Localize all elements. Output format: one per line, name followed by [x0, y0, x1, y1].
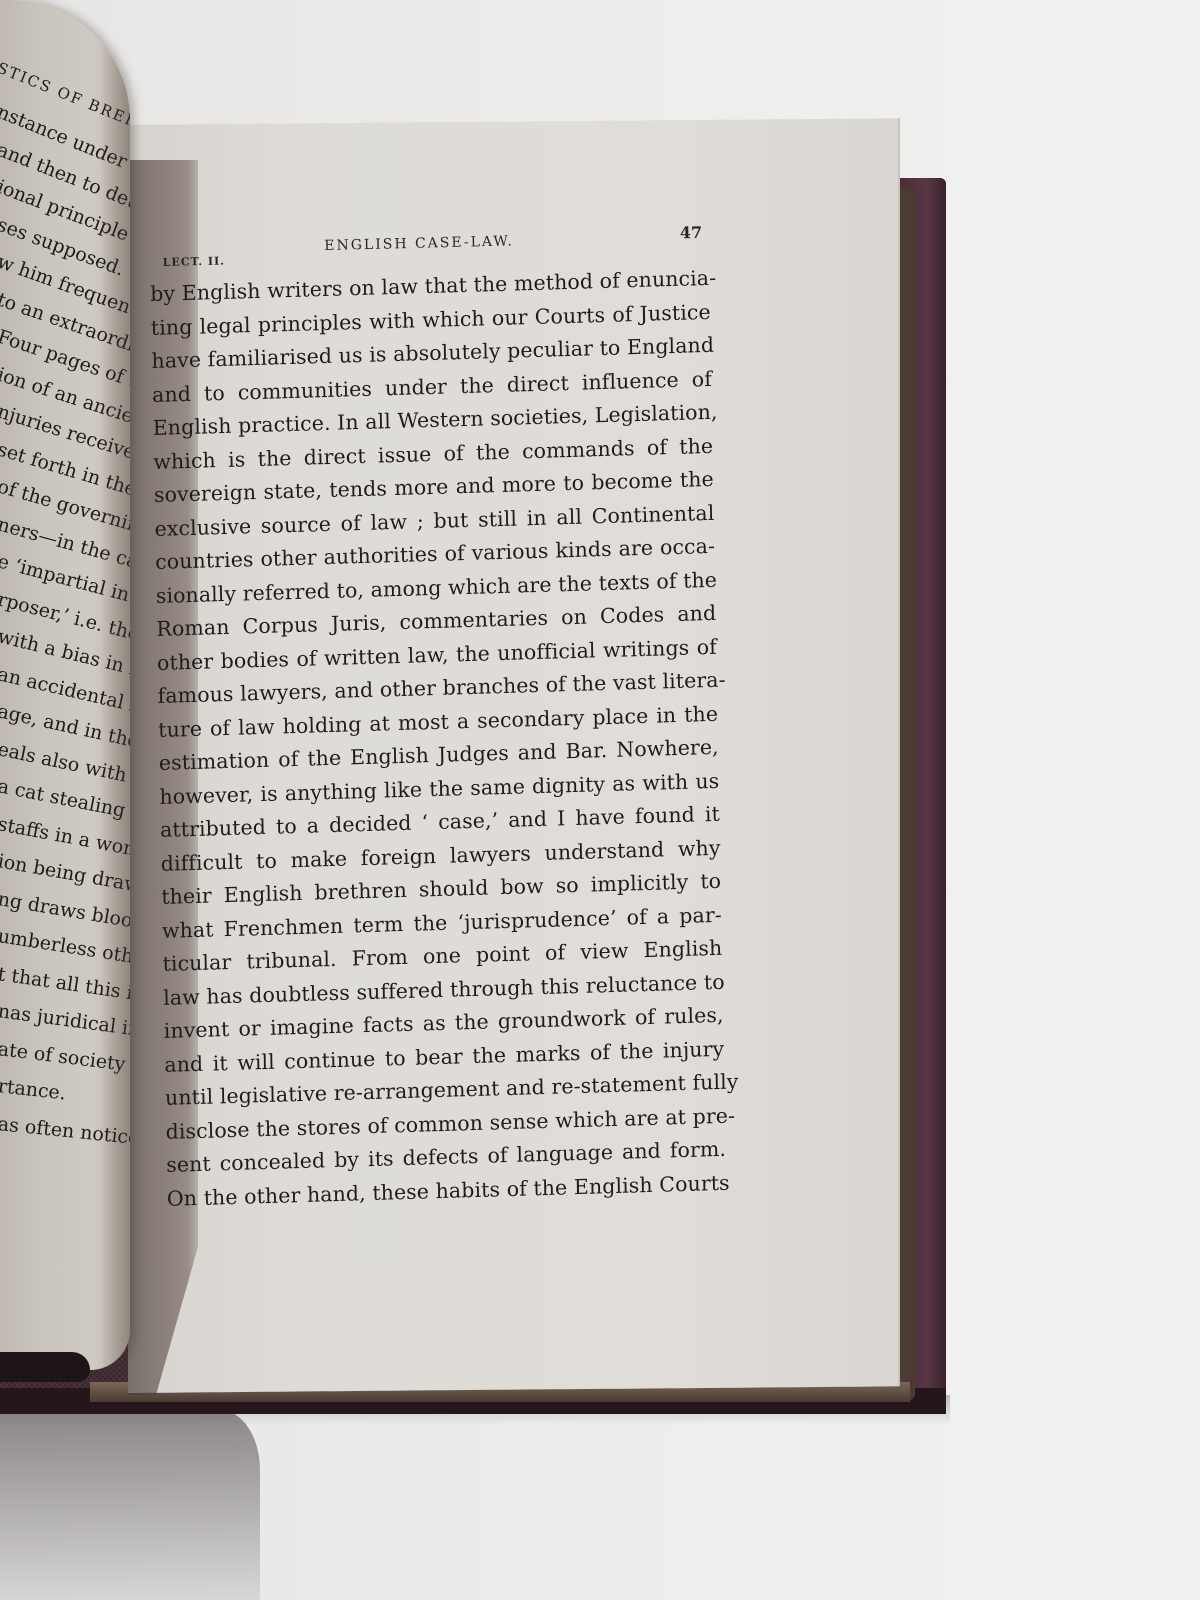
- left-text-fragment: ate of society ha: [0, 1038, 130, 1079]
- left-page-curled: STICS OF BREHON L nstance under whand th…: [0, 0, 130, 1370]
- left-text-fragment: ng draws blood: [0, 888, 130, 934]
- table-shadow: [0, 1410, 260, 1600]
- lecture-label: LECT. II.: [162, 254, 225, 269]
- book-photo-scene: LECT. II. ENGLISH CASE-LAW. 47 by Englis…: [0, 0, 1200, 1600]
- left-text-fragment: as often noticed: [0, 1113, 130, 1150]
- left-text-fragment: t that all this is: [0, 963, 130, 1006]
- page-number: 47: [680, 223, 703, 243]
- left-text-fragment: umberless other: [0, 925, 130, 971]
- chapter-title: ENGLISH CASE-LAW.: [324, 233, 514, 254]
- page-body-text: by English writers on law that the metho…: [150, 262, 727, 1216]
- left-text-fragment: nas juridical int: [0, 1000, 130, 1042]
- left-text-fragment: rtance.: [0, 1075, 67, 1104]
- left-page-curl-bottom: [0, 1352, 90, 1382]
